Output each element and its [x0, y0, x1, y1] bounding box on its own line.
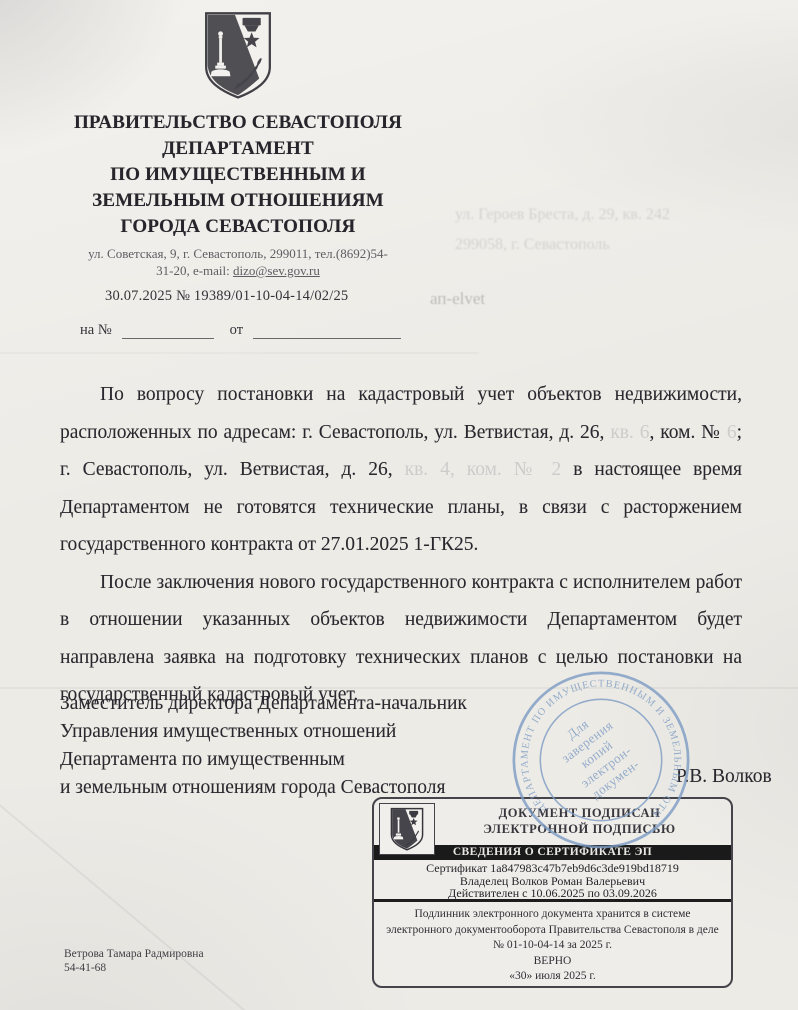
org-name-line: ПРАВИТЕЛЬСТВО СЕВАСТОПОЛЯ: [38, 110, 438, 136]
signature-position-line: Заместитель директора Департамента-начал…: [60, 690, 467, 718]
ot-date-label: от: [230, 322, 243, 339]
stamp-inner-line: докумен-: [589, 756, 642, 801]
storage-line: электронного документооборота Правительс…: [374, 923, 731, 939]
esign-divider: [374, 899, 731, 902]
sevastopol-coat-of-arms-icon: [200, 8, 276, 102]
org-name-line: ДЕПАРТАМЕНТ: [38, 136, 438, 162]
ghost-address-line: ул. Героев Бреста, д. 29, кв. 242: [455, 200, 755, 230]
address-line: ул. Советская, 9, г. Севастополь, 299011…: [38, 245, 438, 262]
outgoing-date-number: 30.07.2025 № 19389/01-10-04-14/02/25: [80, 288, 401, 305]
fold-crease: [0, 796, 251, 1010]
address-line: 31-20, e-mail: dizo@sev.gov.ru: [38, 262, 438, 279]
incoming-number-blank: [122, 323, 214, 339]
certificate-info: Сертификат 1a847983c47b7eb9d6c3de919bd18…: [374, 862, 731, 900]
esign-storage-note: Подлинник электронного документа хранитс…: [374, 907, 731, 985]
redacted-fragment: кв. 6: [604, 422, 649, 443]
incoming-date-blank: [253, 323, 401, 339]
esign-title-line: ДОКУМЕНТ ПОДПИСАН: [434, 806, 725, 822]
sevastopol-coat-of-arms-icon: [388, 806, 426, 852]
na-number-label: на №: [80, 322, 112, 339]
executor-name: Ветрова Тамара Радмировна: [64, 947, 204, 961]
postal-address: ул. Советская, 9, г. Севастополь, 299011…: [38, 245, 438, 279]
executor-phone: 54-41-68: [64, 961, 204, 975]
executor-info: Ветрова Тамара Радмировна 54-41-68: [64, 947, 204, 975]
fold-crease: [0, 352, 479, 354]
esign-coat-box: [379, 803, 435, 855]
org-name-line: ЗЕМЕЛЬНЫМ ОТНОШЕНИЯМ: [38, 188, 438, 214]
signature-position: Заместитель директора Департамента-начал…: [60, 690, 467, 802]
signature-position-line: Управления имущественных отношений: [60, 718, 467, 746]
org-name-line: ПО ИМУЩЕСТВЕННЫМ И: [38, 162, 438, 188]
certificate-validity: Действителен с 10.06.2025 по 03.09.2026: [374, 887, 731, 900]
storage-line: № 01-10-04-14 за 2025 г.: [374, 938, 731, 954]
ghost-email-fragment: ап-elvet: [430, 289, 485, 309]
ghost-addressee: ул. Героев Бреста, д. 29, кв. 242 299058…: [455, 200, 755, 260]
stamp-inner-line: Для: [564, 716, 592, 742]
storage-line: Подлинник электронного документа хранитс…: [374, 907, 731, 923]
esign-block: ДОКУМЕНТ ПОДПИСАН ЭЛЕКТРОННОЙ ПОДПИСЬЮ С…: [372, 797, 733, 988]
redacted-fragment: 6: [727, 422, 737, 443]
incoming-reference-row: на № от: [80, 322, 401, 339]
address-line-prefix: 31-20, e-mail:: [156, 263, 233, 278]
reference-block: 30.07.2025 № 19389/01-10-04-14/02/25 на …: [80, 288, 401, 339]
signature-position-line: Департамента по имущественным: [60, 746, 467, 774]
letter-body: По вопросу постановки на кадастровый уче…: [60, 376, 742, 714]
body-paragraph-1: По вопросу постановки на кадастровый уче…: [60, 376, 742, 564]
esign-title: ДОКУМЕНТ ПОДПИСАН ЭЛЕКТРОННОЙ ПОДПИСЬЮ: [434, 806, 725, 837]
redacted-fragment: кв. 4, ком. № 2: [393, 459, 562, 480]
scanned-letter-page: ПРАВИТЕЛЬСТВО СЕВАСТОПОЛЯ ДЕПАРТАМЕНТ ПО…: [0, 0, 798, 1010]
certificate-number: Сертификат 1a847983c47b7eb9d6c3de919bd18…: [374, 862, 731, 875]
email-link: dizo@sev.gov.ru: [233, 263, 320, 278]
verno-label: ВЕРНО: [374, 954, 731, 970]
stamp-inner-line: копий: [578, 737, 616, 771]
ghost-address-line: 299058, г. Севастополь: [455, 230, 755, 260]
body-text: , ком. №: [650, 422, 727, 443]
stamp-inner-line: заверения: [559, 717, 616, 765]
org-name-line: ГОРОДА СЕВАСТОПОЛЯ: [38, 214, 438, 240]
letterhead: ПРАВИТЕЛЬСТВО СЕВАСТОПОЛЯ ДЕПАРТАМЕНТ ПО…: [38, 8, 438, 279]
esign-title-line: ЭЛЕКТРОННОЙ ПОДПИСЬЮ: [434, 822, 725, 838]
copy-date: «30» июля 2025 г.: [374, 969, 731, 985]
stamp-inner-line: электрон-: [578, 743, 634, 791]
signatory-name: Р.В. Волков: [676, 766, 772, 788]
